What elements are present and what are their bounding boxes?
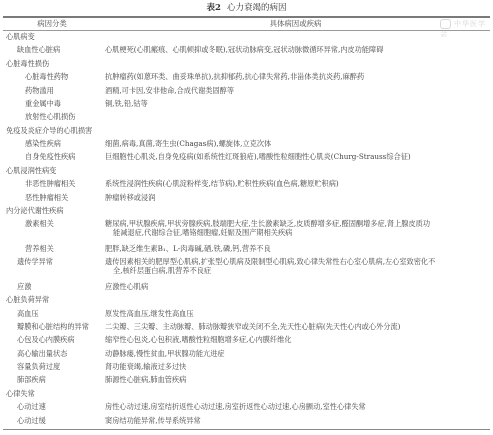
row-value: 遗传因素相关的肥厚型心肌病,扩张型心肌病及限制型心肌病,致心律失常性右心室心肌病…: [105, 257, 488, 275]
row-value: 细菌,病毒,真菌,寄生虫(Chagas病),螺旋体,立克次体: [105, 139, 488, 148]
seal-icon: [440, 19, 451, 29]
row-value: 应激性心肌病: [105, 282, 488, 291]
row-value: 糖尿病,甲状腺疾病,甲状旁腺疾病,肢端肥大症,生长激素缺乏,皮质醇增多症,醛固酮…: [105, 219, 488, 237]
row-label: 内分泌代谢性疾病: [6, 206, 64, 215]
table-bottom-rule: [3, 429, 490, 430]
row-label: 心脏负荷异常: [6, 295, 49, 304]
table-number: 表2: [207, 3, 221, 13]
row-label: 高血压: [17, 309, 39, 318]
row-value: 心肌梗死(心肌瘢痕、心肌顿抑或冬眠),冠状动脉病变,冠状动脉微循环异常,内皮功能…: [105, 45, 488, 54]
row-label: 药物滥用: [25, 86, 54, 95]
row-value: 缩窄性心包炎,心包积液,嗜酸性粒细胞增多症,心内膜纤维化: [105, 335, 488, 344]
row-label: 非恶性肿瘤相关: [25, 179, 75, 188]
row-value: 肥胖,缺乏维生素B₁、L-肉毒碱,硒,铁,磷,钙,营养不良: [105, 244, 488, 253]
row-label: 心包及心内膜疾病: [17, 335, 75, 344]
row-label: 恶性肿瘤相关: [25, 193, 68, 202]
row-label: 感染性疾病: [25, 139, 61, 148]
row-value: 肺源性心脏病,肺血管疾病: [105, 375, 488, 384]
row-value: 房性心动过速,房室结折返性心动过速,房室折返性心动过速,心房颤动,室性心律失常: [105, 402, 488, 411]
row-label: 心动过缓: [17, 416, 46, 425]
row-label: 心律失常: [6, 389, 35, 398]
row-value: 铜,铁,铅,钴等: [105, 99, 488, 108]
row-label: 高心输出量状态: [17, 349, 67, 358]
row-label: 心脏毒性损伤: [6, 59, 49, 68]
row-label: 自身免疫性疾病: [25, 152, 75, 161]
row-value: 酒精,可卡因,安非他命,合成代谢类固醇等: [105, 86, 488, 95]
row-label: 免疫及炎症介导的心肌损害: [6, 126, 92, 135]
row-value: 巨细胞性心肌炎,自身免疫病(如系统性红斑狼疮),嗜酸性粒细胞性心肌炎(Churg…: [105, 152, 488, 161]
row-label: 应激: [17, 282, 31, 291]
table-caption: 表2心力衰竭的病因: [0, 2, 493, 14]
row-value: 肿瘤转移或浸润: [105, 193, 488, 202]
row-value: 系统性浸润性疾病(心肌淀粉样变,结节病),贮积性疾病(血色病,糖原贮积病): [105, 179, 488, 188]
row-label: 激素相关: [25, 219, 54, 228]
row-value: 动静脉瘘,慢性贫血,甲状腺功能亢进症: [105, 349, 488, 358]
row-label: 容量负荷过度: [17, 362, 60, 371]
header-detail: 具体病因或疾病: [101, 18, 490, 30]
row-value: 抗肿瘤药(如蒽环类、曲妥珠单抗),抗抑郁药,抗心律失常药,非甾体类抗炎药,麻醉药: [105, 72, 488, 81]
row-value: 肾功能衰竭,输液过多过快: [105, 362, 488, 371]
row-label: 遗传学异常: [17, 257, 53, 266]
row-label: 肺部疾病: [17, 375, 46, 384]
row-label: 心脏毒性药物: [25, 72, 68, 81]
row-label: 重金属中毒: [25, 99, 61, 108]
table-header-rule: [3, 30, 490, 31]
row-value: 二尖瓣、三尖瓣、主动脉瓣、肺动脉瓣狭窄或关闭不全,先天性心脏病(先天性心内或心外…: [105, 322, 488, 331]
table-header: 病因分类 具体病因或疾病: [3, 18, 490, 30]
row-label: 心动过速: [17, 402, 46, 411]
row-label: 营养相关: [25, 244, 54, 253]
row-label: 心肌浸润性病变: [6, 166, 56, 175]
row-value: 原发性高血压,继发性高血压: [105, 309, 488, 318]
row-label: 心肌病变: [6, 32, 35, 41]
row-label: 缺血性心脏病: [17, 45, 60, 54]
row-value: 窦房结功能异常,传导系统异常: [105, 416, 488, 425]
header-category: 病因分类: [3, 18, 101, 30]
table-title: 心力衰竭的病因: [227, 3, 287, 13]
row-label: 瓣膜和心脏结构的异常: [17, 322, 89, 331]
row-label: 放射性心肌损伤: [25, 112, 75, 121]
watermark: 中华医学会: [440, 19, 493, 39]
